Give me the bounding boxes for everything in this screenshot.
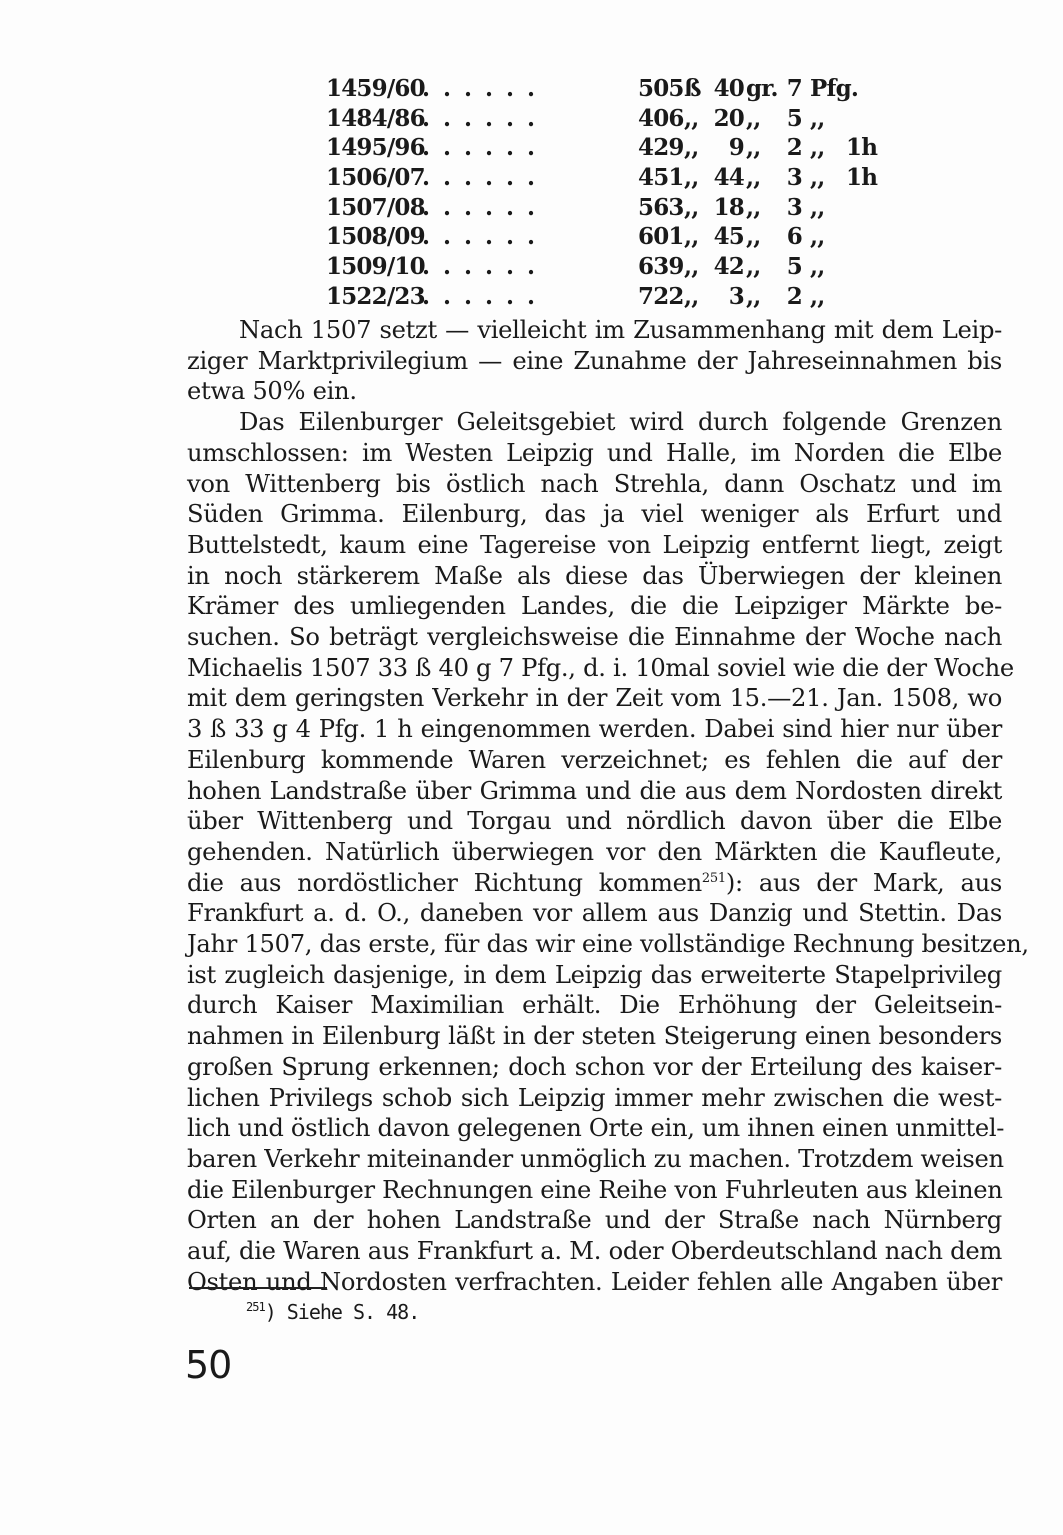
- text-line: 3 ß 33 g 4 Pfg. 1 h eingenommen werden. …: [187, 714, 1002, 745]
- cell-schock: 505: [638, 74, 682, 104]
- text-line: Jahr 1507, das erste, für das wir eine v…: [187, 929, 1002, 960]
- cell-dots: ......: [422, 252, 548, 282]
- cell-pfennig: 6: [774, 222, 802, 252]
- text-line: von Wittenberg bis östlich nach Strehla,…: [187, 469, 1002, 500]
- text-segment: ): aus der Mark, aus: [726, 869, 1002, 897]
- cell-schock: 563: [638, 193, 682, 223]
- cell-schock: 639: [638, 252, 682, 282]
- table-row: 1506/07......451,,44,,3,,1h: [326, 163, 886, 193]
- text-line: durch Kaiser Maximilian erhält. Die Erhö…: [187, 990, 1002, 1021]
- text-line: umschlossen: im Westen Leipzig und Halle…: [187, 438, 1002, 469]
- cell-unit3: ,,: [810, 163, 850, 193]
- text-line: Osten und Nordosten verfrachten. Leider …: [187, 1267, 1002, 1298]
- cell-unit3: ,,: [810, 252, 850, 282]
- cell-pfennig: 2: [774, 282, 802, 312]
- text-line: ziger Marktprivilegium — eine Zunahme de…: [187, 346, 1002, 377]
- cell-unit3: ,,: [810, 193, 850, 223]
- cell-groschen: 44: [704, 163, 744, 193]
- cell-dots: ......: [422, 104, 548, 134]
- table-row: 1509/10......639,,42,,5,,: [326, 252, 886, 282]
- cell-year: 1522/23: [326, 282, 425, 312]
- text-line: Das Eilenburger Geleitsgebiet wird durch…: [187, 407, 1002, 438]
- cell-year: 1484/86: [326, 104, 425, 134]
- cell-year: 1459/60: [326, 74, 425, 104]
- cell-unit3: ,,: [810, 222, 850, 252]
- cell-year: 1509/10: [326, 252, 425, 282]
- table-row: 1495/96......429,,9,,2,,1h: [326, 133, 886, 163]
- text-line: Michaelis 1507 33 ß 40 g 7 Pfg., d. i. 1…: [187, 653, 1002, 684]
- text-line: in noch stärkerem Maße als diese das Übe…: [187, 561, 1002, 592]
- footnote-divider: [189, 1287, 327, 1289]
- cell-dots: ......: [422, 163, 548, 193]
- cell-heller: 1h: [846, 133, 877, 163]
- cell-pfennig: 2: [774, 133, 802, 163]
- text-line: großen Sprung erkennen; doch schon vor d…: [187, 1052, 1002, 1083]
- cell-unit3: Pfg.: [810, 74, 850, 104]
- cell-schock: 451: [638, 163, 682, 193]
- text-line: baren Verkehr miteinander unmöglich zu m…: [187, 1144, 1002, 1175]
- text-line: nahmen in Eilenburg läßt in der steten S…: [187, 1021, 1002, 1052]
- text-segment: die aus nordöstlicher Richtung kommen: [187, 869, 702, 897]
- table-row: 1508/09......601,,45,,6,,: [326, 222, 886, 252]
- cell-groschen: 42: [704, 252, 744, 282]
- footnote-number: 251: [246, 1300, 265, 1314]
- cell-schock: 429: [638, 133, 682, 163]
- text-line: ist zugleich dasjenige, in dem Leipzig d…: [187, 960, 1002, 991]
- cell-year: 1508/09: [326, 222, 425, 252]
- text-line: lichen Privilegs schob sich Leipzig imme…: [187, 1083, 1002, 1114]
- page-number: 50: [185, 1343, 231, 1387]
- cell-year: 1506/07: [326, 163, 425, 193]
- text-line: auf, die Waren aus Frankfurt a. M. oder …: [187, 1236, 1002, 1267]
- cell-groschen: 20: [704, 104, 744, 134]
- text-line: Eilenburg kommende Waren verzeichnet; es…: [187, 745, 1002, 776]
- text-line: Nach 1507 setzt — vielleicht im Zusammen…: [187, 315, 1002, 346]
- text-line: lich und östlich davon gelegenen Orte ei…: [187, 1113, 1002, 1144]
- cell-schock: 722: [638, 282, 682, 312]
- cell-pfennig: 7: [774, 74, 802, 104]
- cell-groschen: 45: [704, 222, 744, 252]
- text-line: Frankfurt a. d. O., daneben vor allem au…: [187, 898, 1002, 929]
- cell-schock: 601: [638, 222, 682, 252]
- cell-unit3: ,,: [810, 133, 850, 163]
- cell-pfennig: 3: [774, 163, 802, 193]
- footnote-ref[interactable]: 251: [702, 871, 726, 886]
- cell-dots: ......: [422, 133, 548, 163]
- cell-pfennig: 3: [774, 193, 802, 223]
- cell-dots: ......: [422, 74, 548, 104]
- cell-groschen: 18: [704, 193, 744, 223]
- footnote-text: ) Siehe S. 48.: [265, 1300, 420, 1324]
- cell-dots: ......: [422, 282, 548, 312]
- table-row: 1484/86......406,,20,,5,,: [326, 104, 886, 134]
- cell-schock: 406: [638, 104, 682, 134]
- text-line: über Wittenberg und Torgau und nördlich …: [187, 806, 1002, 837]
- text-line: gehenden. Natürlich überwiegen vor den M…: [187, 837, 1002, 868]
- body-text: Nach 1507 setzt — vielleicht im Zusammen…: [187, 315, 1002, 1298]
- cell-groschen: 40: [704, 74, 744, 104]
- cell-groschen: 9: [704, 133, 744, 163]
- table-row: 1507/08......563,,18,,3,,: [326, 193, 886, 223]
- cell-heller: 1h: [846, 163, 877, 193]
- footnote: 251) Siehe S. 48.: [246, 1300, 419, 1324]
- text-line: die aus nordöstlicher Richtung kommen251…: [187, 868, 1002, 899]
- income-table: 1459/60......505ß40gr.7Pfg.1484/86......…: [326, 74, 886, 312]
- text-line: Orten an der hohen Landstraße und der St…: [187, 1205, 1002, 1236]
- cell-year: 1507/08: [326, 193, 425, 223]
- text-line: die Eilenburger Rechnungen eine Reihe vo…: [187, 1175, 1002, 1206]
- cell-unit3: ,,: [810, 104, 850, 134]
- cell-groschen: 3: [704, 282, 744, 312]
- cell-pfennig: 5: [774, 252, 802, 282]
- cell-unit3: ,,: [810, 282, 850, 312]
- cell-pfennig: 5: [774, 104, 802, 134]
- table-row: 1522/23......722,,3,,2,,: [326, 282, 886, 312]
- text-line: Krämer des umliegenden Landes, die die L…: [187, 591, 1002, 622]
- cell-dots: ......: [422, 193, 548, 223]
- text-line: mit dem geringsten Verkehr in der Zeit v…: [187, 683, 1002, 714]
- cell-dots: ......: [422, 222, 548, 252]
- text-line: Süden Grimma. Eilenburg, das ja viel wen…: [187, 499, 1002, 530]
- text-line: Buttelstedt, kaum eine Tagereise von Lei…: [187, 530, 1002, 561]
- table-row: 1459/60......505ß40gr.7Pfg.: [326, 74, 886, 104]
- text-line: etwa 50% ein.: [187, 376, 1002, 407]
- text-line: suchen. So beträgt vergleichsweise die E…: [187, 622, 1002, 653]
- cell-year: 1495/96: [326, 133, 425, 163]
- text-line: hohen Landstraße über Grimma und die aus…: [187, 776, 1002, 807]
